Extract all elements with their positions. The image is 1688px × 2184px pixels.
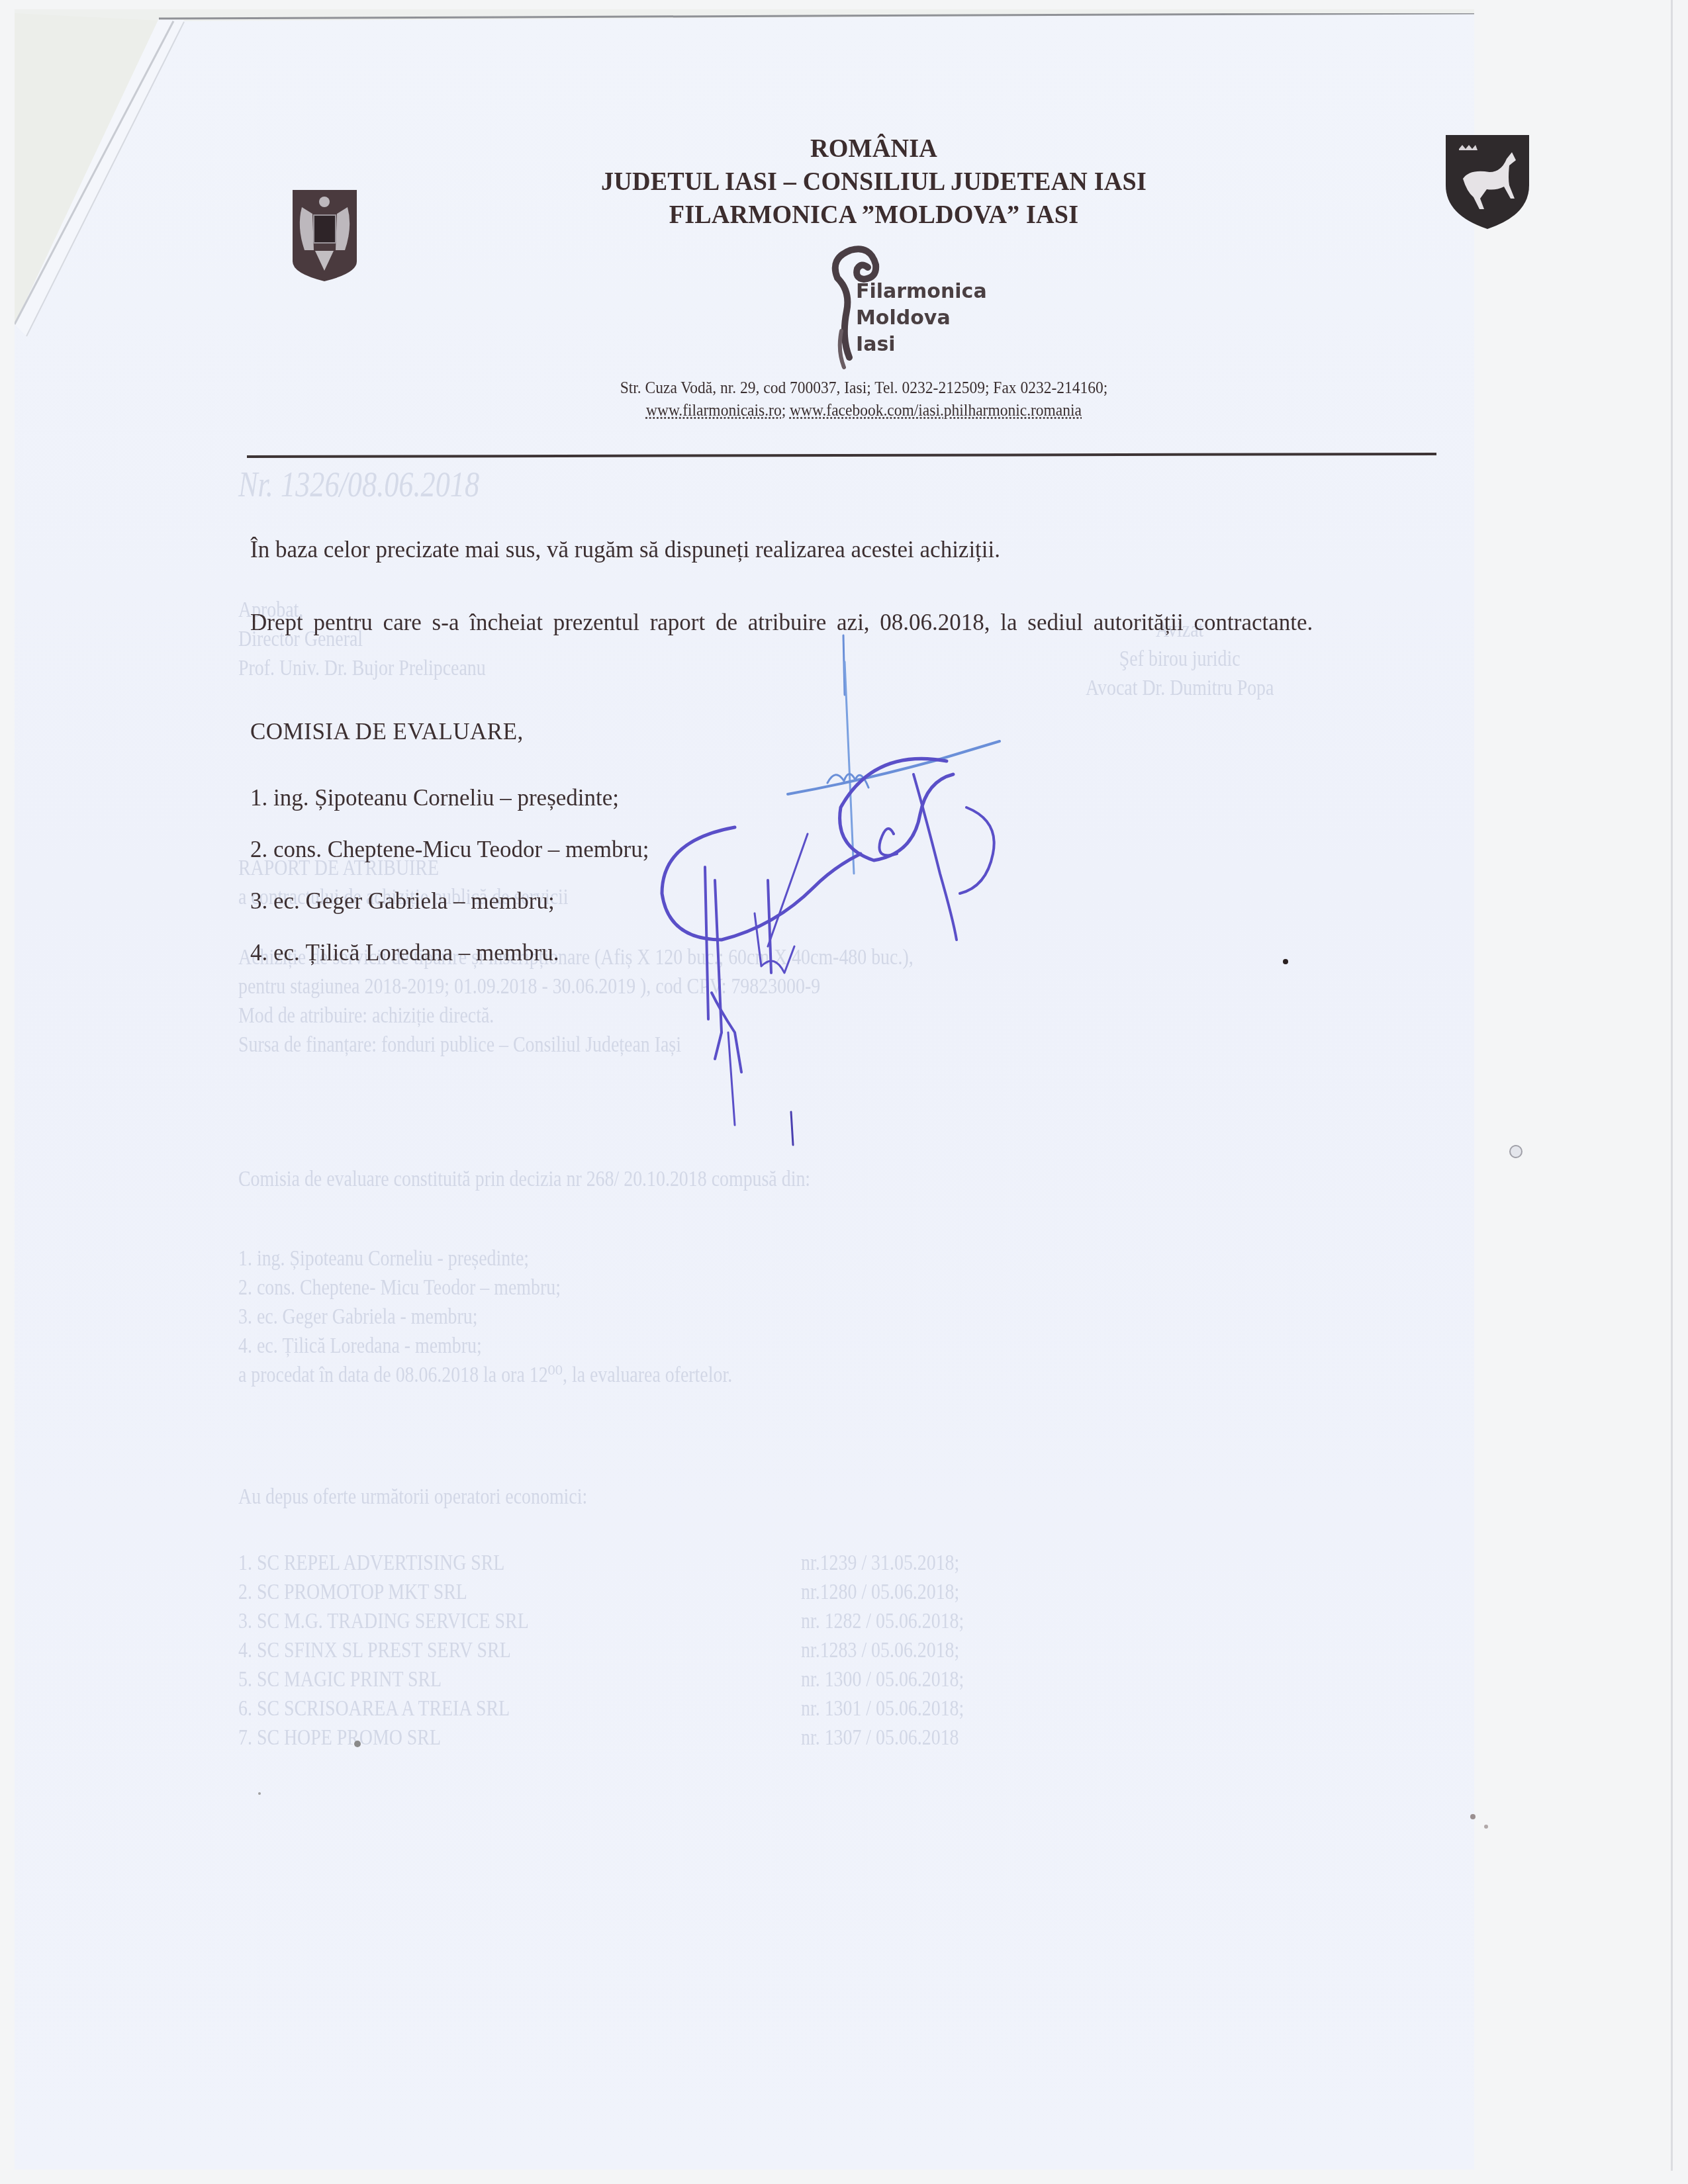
committee-member: 4. ec. Țilică Loredana – membru. <box>250 938 649 989</box>
request-paragraph: În baza celor precizate mai sus, vă rugă… <box>250 535 1435 565</box>
bleed-through-line: nr.1280 / 05.06.2018; <box>801 1578 964 1607</box>
bleed-through-line: 4. SC SFINX SL PREST SERV SRL <box>238 1636 529 1665</box>
bleed-through-commission-members: 1. ing. Șipoteanu Corneliu - președinte;… <box>238 1244 732 1390</box>
document-page <box>15 13 1474 2169</box>
bleed-through-line: 1. ing. Șipoteanu Corneliu - președinte; <box>238 1244 732 1273</box>
bleed-through-line: Mod de atribuire: achiziție directă. <box>238 1001 914 1030</box>
bleed-through-line: nr. 1301 / 05.06.2018; <box>801 1694 964 1723</box>
committee-member: 3. ec. Geger Gabriela – membru; <box>250 886 649 938</box>
bleed-through-line: 5. SC MAGIC PRINT SRL <box>238 1665 529 1694</box>
committee-members-list: 1. ing. Șipoteanu Corneliu – președinte;… <box>250 783 649 989</box>
bleed-through-commission: Comisia de evaluare constituită prin dec… <box>238 1165 810 1194</box>
bleed-through-line: Sursa de finanțare: fonduri publice – Co… <box>238 1030 914 1060</box>
bleed-through-line: nr. 1307 / 05.06.2018 <box>801 1723 964 1752</box>
bleed-through-operators-title: Au depus oferte următorii operatori econ… <box>238 1482 587 1512</box>
bleed-through-line: nr. 1282 / 05.06.2018; <box>801 1607 964 1636</box>
committee-member: 2. cons. Cheptene-Micu Teodor – membru; <box>250 835 649 886</box>
bleed-through-line: 2. SC PROMOTOP MKT SRL <box>238 1578 529 1607</box>
bleed-through-operator-numbers: nr.1239 / 31.05.2018; nr.1280 / 05.06.20… <box>801 1549 964 1752</box>
logo-word-filarmonica: Filarmonica <box>856 279 987 305</box>
bleed-through-line: 3. SC M.G. TRADING SERVICE SRL <box>238 1607 529 1636</box>
contact-address: Str. Cuza Vodă, nr. 29, cod 700037, Iasi… <box>71 377 1658 422</box>
letterhead: ROMÂNIA JUDETUL IASI – CONSILIUL JUDETEA… <box>0 131 1688 230</box>
bleed-through-line: Avocat Dr. Dumitru Popa <box>1086 674 1274 703</box>
conclusion-paragraph: Drept pentru care s-a încheiat prezentul… <box>250 608 1435 638</box>
address-line: Str. Cuza Vodă, nr. 29, cod 700037, Iasi… <box>71 377 1658 400</box>
bleed-through-line: 4. ec. Țilică Loredana - membru; <box>238 1332 732 1361</box>
bleed-through-line: a procedat în data de 08.06.2018 la ora … <box>238 1361 732 1390</box>
bleed-through-line: 1. SC REPEL ADVERTISING SRL <box>238 1549 529 1578</box>
bleed-through-line: nr.1283 / 05.06.2018; <box>801 1636 964 1665</box>
bleed-through-operators: 1. SC REPEL ADVERTISING SRL 2. SC PROMOT… <box>238 1549 529 1752</box>
bleed-through-line: nr.1239 / 31.05.2018; <box>801 1549 964 1578</box>
page-edge <box>1671 0 1673 2171</box>
letterhead-institution: FILARMONICA ”MOLDOVA” IASI <box>117 197 1631 230</box>
logo-word-iasi: Iasi <box>856 332 987 358</box>
bleed-through-line: 6. SC SCRISOAREA A TREIA SRL <box>238 1694 529 1723</box>
website-link[interactable]: www.filarmonicais.ro <box>646 402 782 420</box>
letterhead-country: ROMÂNIA <box>117 131 1631 164</box>
bleed-through-line: nr. 1300 / 05.06.2018; <box>801 1665 964 1694</box>
web-links: www.filarmonicais.ro; www.facebook.com/i… <box>71 400 1658 422</box>
bleed-through-line: 3. ec. Geger Gabriela - membru; <box>238 1302 732 1332</box>
facebook-link[interactable]: www.facebook.com/iasi.philharmonic.roman… <box>790 402 1082 420</box>
bleed-through-line: 2. cons. Cheptene- Micu Teodor – membru; <box>238 1273 732 1302</box>
bleed-through-line: Şef birou juridic <box>1086 645 1274 674</box>
committee-title: COMISIA DE EVALUARE, <box>250 717 1435 747</box>
letterhead-county: JUDETUL IASI – CONSILIUL JUDETEAN IASI <box>117 164 1631 197</box>
logo-word-moldova: Moldova <box>856 305 987 332</box>
bleed-through-registration-number: Nr. 1326/08.06.2018 <box>238 470 479 499</box>
bleed-through-line: Prof. Univ. Dr. Bujor Prelipceanu <box>238 654 486 683</box>
logo-wordmark: Filarmonica Moldova Iasi <box>856 279 987 358</box>
bleed-through-line: 7. SC HOPE PROMO SRL <box>238 1723 529 1752</box>
committee-member: 1. ing. Șipoteanu Corneliu – președinte; <box>250 783 649 835</box>
